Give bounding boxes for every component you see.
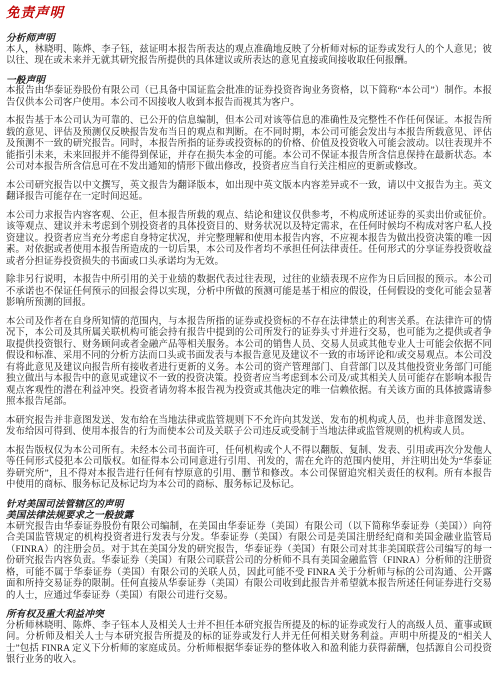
paragraph: 本公司研究报告以中文撰写，英文报告为翻译版本，如出现中英文版本内容差异或不一致，… xyxy=(6,181,492,204)
paragraph: 本报告基于本公司认为可靠的、已公开的信息编制，但本公司对该等信息的准确性及完整性… xyxy=(6,116,492,174)
paragraph: 本公司及作者在自身所知情的范围内，与本报告所指的证券或投资标的不存在法律禁止的利… xyxy=(6,317,492,409)
disclaimer-page: 免责声明 分析师声明 本人，林晓明、陈烨、李子钰，兹证明本报告所表达的观点准确地… xyxy=(0,0,499,667)
general-statement-heading: 一般声明 xyxy=(6,75,492,87)
paragraph: 除非另行说明，本报告中所引用的关于业绩的数据代表过往表现，过往的业绩表现不应作为… xyxy=(6,275,492,310)
page-title: 免责声明 xyxy=(6,5,492,21)
us-disclosure-subheading: 美国法律法规要求之一般披露 xyxy=(6,510,492,522)
paragraph: 分析师林晓明、陈烨、李子钰本人及相关人士并不担任本研究报告所提及的标的证券或发行… xyxy=(6,621,492,667)
us-jurisdiction-heading: 针对美国司法管辖区的声明 xyxy=(6,499,492,511)
section-general-statement: 一般声明 本报告由华泰证券股份有限公司（已具备中国证监会批准的证券投资咨询业务资… xyxy=(6,75,492,492)
section-ownership-conflicts: 所有权及重大利益冲突 分析师林晓明、陈烨、李子钰本人及相关人士并不担任本研究报告… xyxy=(6,609,492,667)
section-us-jurisdiction: 针对美国司法管辖区的声明 美国法律法规要求之一般披露 本研究报告由华泰证券股份有… xyxy=(6,499,492,603)
paragraph: 本研究报告由华泰证券股份有限公司编制，在美国由华泰证券（美国）有限公司（以下简称… xyxy=(6,522,492,603)
paragraph: 本报告版权仅为本公司所有。未经本公司书面许可，任何机构或个人不得以翻版、复制、发… xyxy=(6,446,492,492)
analyst-statement-heading: 分析师声明 xyxy=(6,33,492,45)
paragraph: 本报告由华泰证券股份有限公司（已具备中国证监会批准的证券投资咨询业务资格，以下简… xyxy=(6,86,492,109)
paragraph: 本研究报告并非意图发送、发布给在当地法律或监管规则下不允许向其发送、发布的机构或… xyxy=(6,416,492,439)
section-analyst-statement: 分析师声明 本人，林晓明、陈烨、李子钰，兹证明本报告所表达的观点准确地反映了分析… xyxy=(6,33,492,68)
ownership-conflicts-heading: 所有权及重大利益冲突 xyxy=(6,609,492,621)
paragraph: 本人，林晓明、陈烨、李子钰，兹证明本报告所表达的观点准确地反映了分析师对标的证券… xyxy=(6,45,492,68)
paragraph: 本公司力求报告内容客观、公正，但本报告所载的观点、结论和建议仅供参考，不构成所述… xyxy=(6,211,492,269)
